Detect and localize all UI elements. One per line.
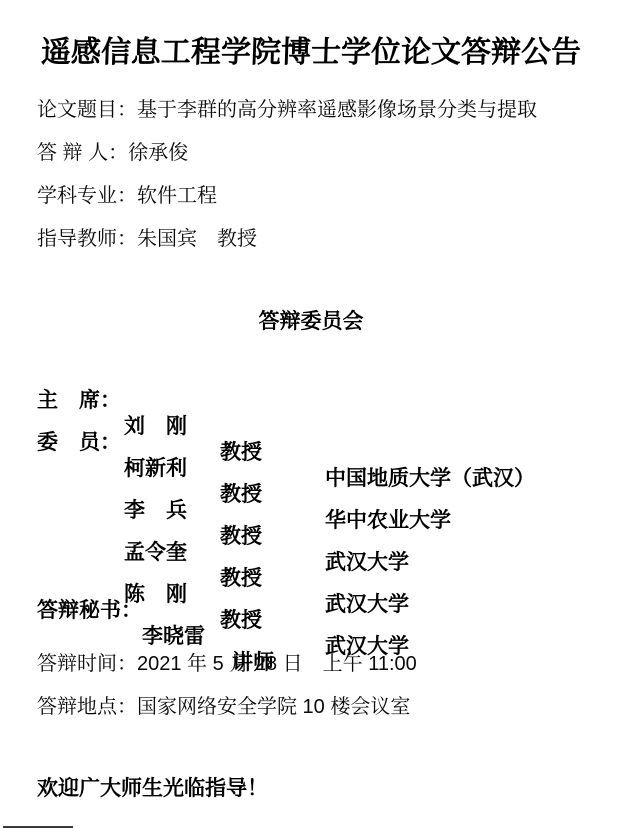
- page-title: 遥感信息工程学院博士学位论文答辩公告: [0, 33, 622, 73]
- committee-row-label: 答辩秘书：: [37, 597, 142, 623]
- closing-line: 欢迎广大师生光临指导！: [37, 776, 268, 801]
- committee-row: 孟令奎 教授 武汉大学: [0, 487, 622, 513]
- defense-time-line: 答辩时间：2021 年 5 月 28 日 上午 11:00: [37, 651, 417, 677]
- committee-row: 主 席： 刘 刚 教授 中国地质大学（武汉）: [0, 361, 622, 387]
- defense-location-line: 答辩地点：国家网络安全学院 10 楼会议室: [37, 694, 410, 720]
- announcement-page: 遥感信息工程学院博士学位论文答辩公告 论文题目：基于李群的高分辨率遥感影像场景分…: [0, 0, 622, 828]
- info-line-defender: 答 辩 人：徐承俊: [37, 140, 188, 166]
- committee-row-secretary: 答辩秘书： 李晓雷 讲师: [0, 571, 622, 597]
- committee-heading: 答辩委员会: [0, 309, 622, 334]
- committee-row: 李 兵 教授 武汉大学: [0, 445, 622, 471]
- committee-member-title: 教授: [220, 607, 262, 633]
- info-line-advisor: 指导教师：朱国宾 教授: [37, 226, 257, 252]
- committee-row: 陈 刚 教授 武汉大学: [0, 529, 622, 555]
- committee-member-name: 李晓雷: [142, 623, 205, 649]
- info-line-thesis-title: 论文题目：基于李群的高分辨率遥感影像场景分类与提取: [37, 97, 537, 123]
- info-line-discipline: 学科专业：软件工程: [37, 183, 217, 209]
- committee-row: 委 员： 柯新利 教授 华中农业大学: [0, 403, 622, 429]
